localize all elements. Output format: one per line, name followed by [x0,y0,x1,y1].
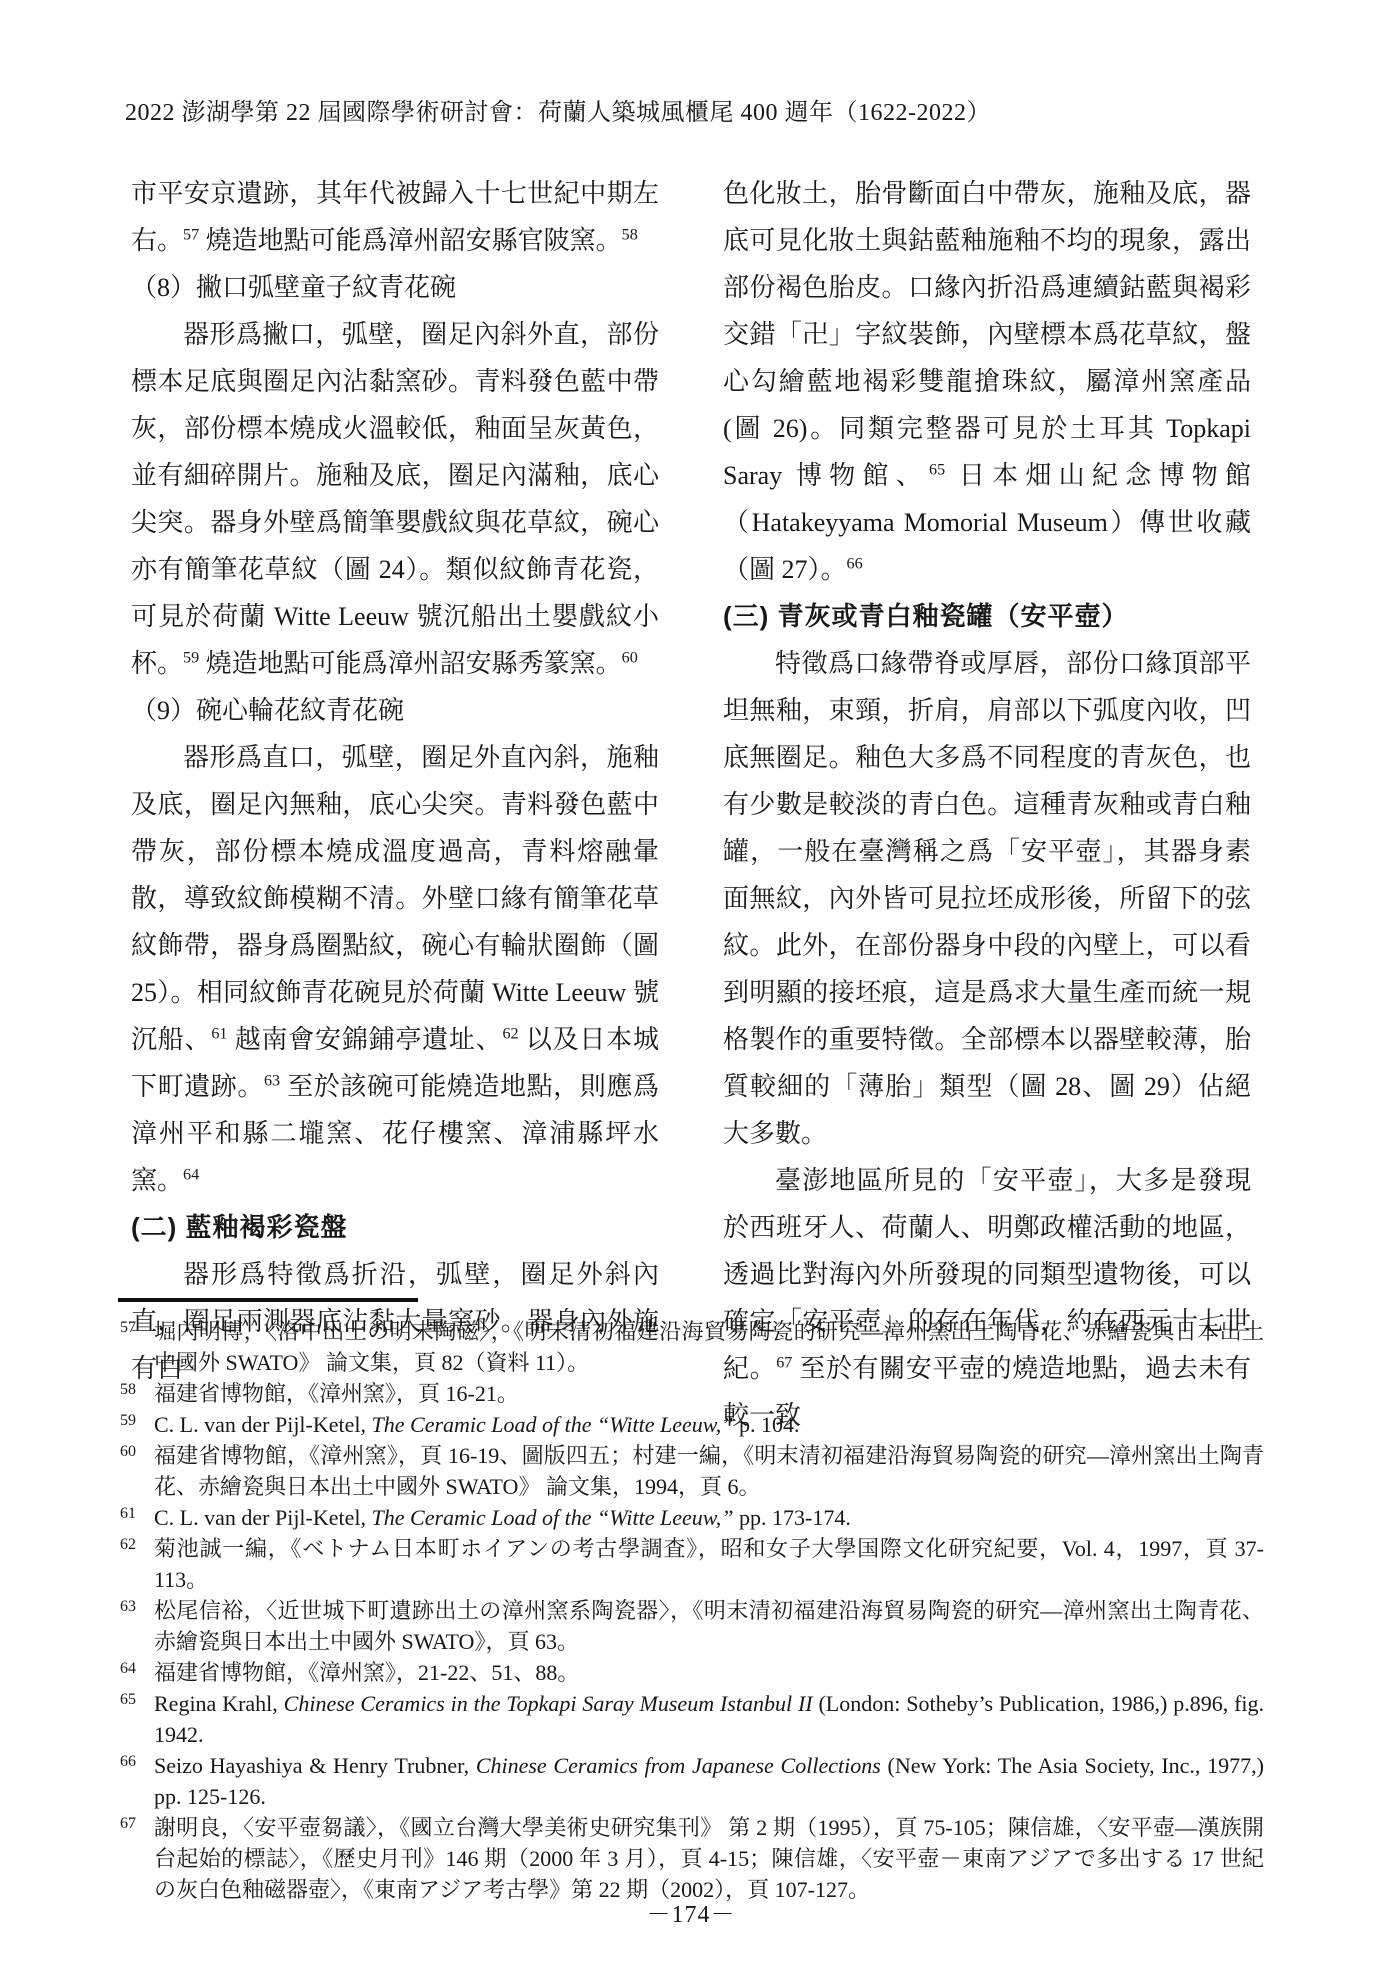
footnote-text: Seizo Hayashiya & Henry Trubner, Chinese… [154,1753,1264,1809]
text-run: (二) 藍釉褐彩瓷盤 [131,1212,348,1242]
footnote-number: 67 [120,1808,136,1839]
footnote-item: 59 C. L. van der Pijl-Ketel, The Ceramic… [118,1409,1264,1440]
footnote-item: 57 堀內明博，〈洛中出土の明末陶磁〉，《明末清初福建沿海貿易陶瓷的研究—漳州窯… [118,1316,1264,1378]
footnote-item: 62 菊池誠一編，《ベトナム日本町ホイアンの考古學調査》，昭和女子大學国際文化研… [118,1533,1264,1595]
footnote-text: 堀內明博，〈洛中出土の明末陶磁〉，《明末清初福建沿海貿易陶瓷的研究—漳州窯出土陶… [154,1319,1264,1375]
italic-book-title: Chinese Ceramics from Japanese Collectio… [476,1753,881,1778]
footnote-number: 59 [120,1405,136,1436]
document-page: 2022 澎湖學第 22 屆國際學術研討會：荷蘭人築城風櫃尾 400 週年（16… [0,0,1400,1980]
footnote-number: 63 [120,1591,136,1622]
paragraph: 色化妝土，胎骨斷面白中帶灰，施釉及底，器底可見化妝土與鈷藍釉施釉不均的現象，露出… [723,170,1251,593]
text-run: 福建省博物館，《漳州窯》，頁 16-19、圖版四五；村建一編，《明末清初福建沿海… [154,1443,1264,1499]
footnote-text: Regina Krahl, Chinese Ceramics in the To… [154,1691,1264,1747]
footnote-text: 菊池誠一編，《ベトナム日本町ホイアンの考古學調査》，昭和女子大學国際文化研究紀要… [154,1536,1264,1592]
text-run: 堀內明博，〈洛中出土の明末陶磁〉，《明末清初福建沿海貿易陶瓷的研究—漳州窯出土陶… [154,1319,1264,1375]
footnote-ref: 63 [264,1072,280,1089]
text-run: 越南會安錦鋪亭遺址、 [227,1025,502,1054]
text-run: 福建省博物館，《漳州窯》，頁 16-21。 [154,1381,519,1406]
list-subheading: （9）碗心輪花紋青花碗 [131,687,659,734]
footnote-ref: 58 [622,226,638,243]
section-heading: (三) 青灰或青白釉瓷罐（安平壺） [723,593,1251,640]
footnotes-section: 57 堀內明博，〈洛中出土の明末陶磁〉，《明末清初福建沿海貿易陶瓷的研究—漳州窯… [118,1316,1264,1905]
footnote-text: 松尾信裕，〈近世城下町遺跡出土の漳州窯系陶瓷器〉，《明末清初福建沿海貿易陶瓷的研… [154,1598,1264,1654]
footnote-number: 64 [120,1653,136,1684]
list-subheading: （8）撇口弧壁童子紋青花碗 [131,264,659,311]
footnote-item: 67 謝明良，〈安平壺芻議〉，《國立台灣大學美術史研究集刊》 第 2 期（199… [118,1812,1264,1905]
footnote-item: 61 C. L. van der Pijl-Ketel, The Ceramic… [118,1502,1264,1533]
text-run: p. 104. [734,1412,800,1437]
footnote-text: 福建省博物館，《漳州窯》，21-22、51、88。 [154,1660,579,1685]
text-run: Regina Krahl, [154,1691,284,1716]
footnote-ref: 59 [183,649,199,666]
paragraph: 器形爲直口，弧壁，圈足外直內斜，施釉及底，圈足內無釉，底心尖突。青料發色藍中帶灰… [131,734,659,1204]
text-run: 燒造地點可能爲漳州詔安縣秀篆窯。 [199,649,622,678]
text-run: 器形爲撇口，弧壁，圈足內斜外直，部份標本足底與圈足內沾黏窯砂。青料發色藍中帶灰，… [131,320,659,678]
paragraph: 特徵爲口緣帶脊或厚唇，部份口緣頂部平坦無釉，束頸，折肩，肩部以下弧度內收，凹底無… [723,640,1251,1157]
text-run: （9）碗心輪花紋青花碗 [131,696,404,725]
footnote-ref: 65 [929,461,945,478]
italic-book-title: Chinese Ceramics in the Topkapi Saray Mu… [284,1691,813,1716]
footnote-text: 謝明良，〈安平壺芻議〉，《國立台灣大學美術史研究集刊》 第 2 期（1995），… [154,1815,1264,1902]
footnote-number: 61 [120,1498,136,1529]
right-column: 色化妝土，胎骨斷面白中帶灰，施釉及底，器底可見化妝土與鈷藍釉施釉不均的現象，露出… [723,170,1251,1439]
footnote-item: 66 Seizo Hayashiya & Henry Trubner, Chin… [118,1750,1264,1812]
footnote-ref: 62 [502,1025,518,1042]
italic-book-title: The Ceramic Load of the “Witte Leeuw,” [372,1412,734,1437]
text-run: 特徵爲口緣帶脊或厚唇，部份口緣頂部平坦無釉，束頸，折肩，肩部以下弧度內收，凹底無… [723,649,1251,1148]
section-heading: (二) 藍釉褐彩瓷盤 [131,1204,659,1251]
text-run: pp. 173-174. [734,1505,851,1530]
footnote-text: 福建省博物館，《漳州窯》，頁 16-19、圖版四五；村建一編，《明末清初福建沿海… [154,1443,1264,1499]
footnote-item: 64 福建省博物館，《漳州窯》，21-22、51、88。 [118,1657,1264,1688]
footnote-ref: 66 [847,555,863,572]
paragraph: 器形爲撇口，弧壁，圈足內斜外直，部份標本足底與圈足內沾黏窯砂。青料發色藍中帶灰，… [131,311,659,687]
footnote-item: 65 Regina Krahl, Chinese Ceramics in the… [118,1688,1264,1750]
footnote-number: 66 [120,1746,136,1777]
footnote-separator [118,1298,418,1302]
text-run: 菊池誠一編，《ベトナム日本町ホイアンの考古學調査》，昭和女子大學国際文化研究紀要… [154,1536,1264,1592]
footnote-number: 58 [120,1374,136,1405]
footnote-ref: 57 [183,226,199,243]
footnote-ref: 61 [211,1025,227,1042]
footnote-ref: 64 [183,1166,199,1183]
footnote-number: 57 [120,1312,136,1343]
footnote-ref: 60 [622,649,638,666]
text-run: 燒造地點可能爲漳州韶安縣官陂窯。 [199,226,622,255]
text-run: 福建省博物館，《漳州窯》，21-22、51、88。 [154,1660,579,1685]
footnote-text: 福建省博物館，《漳州窯》，頁 16-21。 [154,1381,519,1406]
page-number: －174－ [131,1894,1251,1929]
footnote-number: 60 [120,1436,136,1467]
body-columns: 市平安京遺跡，其年代被歸入十七世紀中期左右。57 燒造地點可能爲漳州韶安縣官陂窯… [131,170,1251,1439]
text-run: 謝明良，〈安平壺芻議〉，《國立台灣大學美術史研究集刊》 第 2 期（1995），… [154,1815,1264,1902]
left-column: 市平安京遺跡，其年代被歸入十七世紀中期左右。57 燒造地點可能爲漳州韶安縣官陂窯… [131,170,659,1439]
page-header-title: 2022 澎湖學第 22 屆國際學術研討會：荷蘭人築城風櫃尾 400 週年（16… [125,92,991,127]
text-run: 色化妝土，胎骨斷面白中帶灰，施釉及底，器底可見化妝土與鈷藍釉施釉不均的現象，露出… [723,179,1251,490]
footnote-item: 58 福建省博物館，《漳州窯》，頁 16-21。 [118,1378,1264,1409]
paragraph: 市平安京遺跡，其年代被歸入十七世紀中期左右。57 燒造地點可能爲漳州韶安縣官陂窯… [131,170,659,264]
text-run: (三) 青灰或青白釉瓷罐（安平壺） [723,601,1129,631]
footnote-number: 62 [120,1529,136,1560]
text-run: 器形爲直口，弧壁，圈足外直內斜，施釉及底，圈足內無釉，底心尖突。青料發色藍中帶灰… [131,743,659,1054]
text-run: Seizo Hayashiya & Henry Trubner, [154,1753,476,1778]
footnote-number: 65 [120,1684,136,1715]
footnote-text: C. L. van der Pijl-Ketel, The Ceramic Lo… [154,1505,851,1530]
text-run: （8）撇口弧壁童子紋青花碗 [131,273,456,302]
italic-book-title: The Ceramic Load of the “Witte Leeuw,” [372,1505,734,1530]
footnote-item: 60 福建省博物館，《漳州窯》，頁 16-19、圖版四五；村建一編，《明末清初福… [118,1440,1264,1502]
footnote-item: 63 松尾信裕，〈近世城下町遺跡出土の漳州窯系陶瓷器〉，《明末清初福建沿海貿易陶… [118,1595,1264,1657]
text-run: C. L. van der Pijl-Ketel, [154,1505,372,1530]
text-run: C. L. van der Pijl-Ketel, [154,1412,372,1437]
text-run: 松尾信裕，〈近世城下町遺跡出土の漳州窯系陶瓷器〉，《明末清初福建沿海貿易陶瓷的研… [154,1598,1264,1654]
footnote-text: C. L. van der Pijl-Ketel, The Ceramic Lo… [154,1412,800,1437]
